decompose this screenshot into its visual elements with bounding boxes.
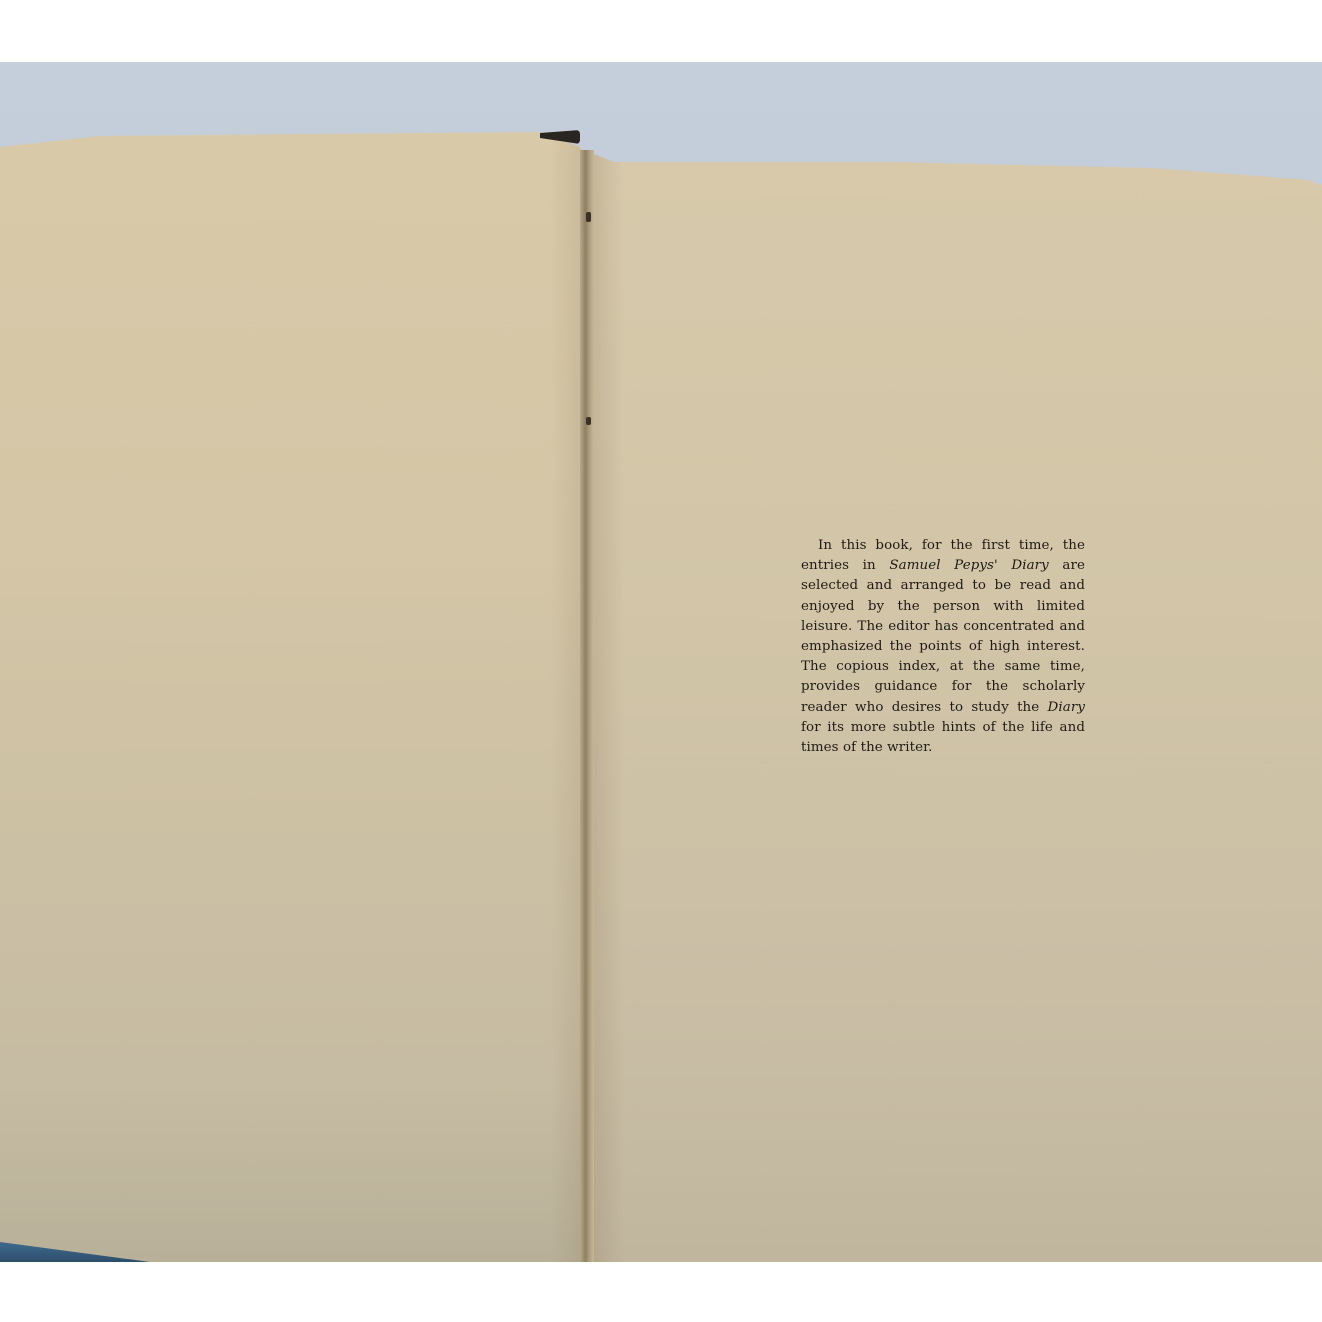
book-gutter — [580, 150, 594, 1262]
book-photo — [0, 62, 1322, 1262]
left-page-blank — [0, 62, 590, 1262]
blurb-book-title: Samuel Pepys' Diary — [889, 558, 1049, 573]
binding-thread-mark — [586, 212, 591, 222]
blurb-text-3: for its more subtle hints of the life an… — [801, 720, 1085, 755]
blurb-text-2: are selected and arranged to be read and… — [801, 558, 1085, 714]
blurb-diary-italic: Diary — [1048, 700, 1085, 715]
book-description-paragraph: In this book, for the first time, the en… — [801, 536, 1085, 758]
binding-thread-mark — [586, 417, 591, 425]
